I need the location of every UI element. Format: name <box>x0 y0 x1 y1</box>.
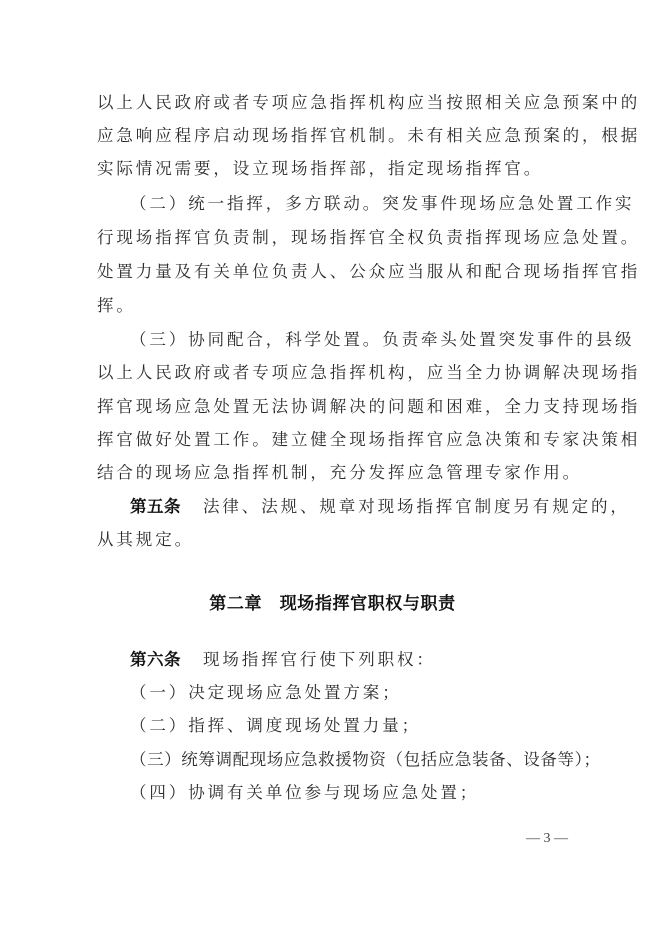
paragraph-1-line-3: 实际情况需要，设立现场指挥部，指定现场指挥官。 <box>97 157 569 181</box>
article-6-item-1: （一）决定现场应急处置方案； <box>130 681 569 705</box>
paragraph-2-line-2: 行现场指挥官负责制，现场指挥官全权负责指挥现场应急处置。 <box>97 226 569 250</box>
article-6-item-4: （四）协调有关单位参与现场应急处置； <box>130 781 569 805</box>
paragraph-2-line-3: 处置力量及有关单位负责人、公众应当服从和配合现场指挥官指 <box>97 260 569 284</box>
article-6-item-3: （三）统筹调配现场应急救援物资（包括应急装备、设备等）； <box>130 748 569 772</box>
paragraph-1-line-1: 以上人民政府或者专项应急指挥机构应当按照相关应急预案中的 <box>97 91 569 115</box>
article-5-line-2: 从其规定。 <box>97 528 569 552</box>
paragraph-3-line-1: （三）协同配合，科学处置。负责牵头处置突发事件的县级 <box>130 328 569 352</box>
article-6-label: 第六条 <box>130 650 181 669</box>
document-page: 以上人民政府或者专项应急指挥机构应当按照相关应急预案中的 应急响应程序启动现场指… <box>0 0 665 940</box>
article-6-line: 第六条现场指挥官行使下列职权： <box>130 648 569 672</box>
paragraph-2-line-4: 挥。 <box>97 294 569 318</box>
paragraph-3-line-5: 结合的现场应急指挥机制，充分发挥应急管理专家作用。 <box>97 461 569 485</box>
paragraph-3-line-2: 以上人民政府或者专项应急指挥机构，应当全力协调解决现场指 <box>97 361 569 385</box>
article-5-label: 第五条 <box>130 497 181 516</box>
paragraph-2-line-1: （二）统一指挥，多方联动。突发事件现场应急处置工作实 <box>130 192 569 216</box>
article-6-text: 现场指挥官行使下列职权： <box>203 650 436 669</box>
page-number: — 3 — <box>526 831 568 847</box>
article-6-item-2: （二）指挥、调度现场处置力量； <box>130 714 569 738</box>
article-5-text: 法律、法规、规章对现场指挥官制度另有规定的， <box>203 497 630 516</box>
paragraph-1-line-2: 应急响应程序启动现场指挥官机制。未有相关应急预案的，根据 <box>97 124 569 148</box>
paragraph-3-line-3: 挥官现场应急处置无法协调解决的问题和困难，全力支持现场指 <box>97 395 569 419</box>
paragraph-3-line-4: 挥官做好处置工作。建立健全现场指挥官应急决策和专家决策相 <box>97 428 569 452</box>
chapter-heading: 第二章 现场指挥官职权与职责 <box>0 589 665 614</box>
article-5-line-1: 第五条法律、法规、规章对现场指挥官制度另有规定的， <box>130 495 569 519</box>
